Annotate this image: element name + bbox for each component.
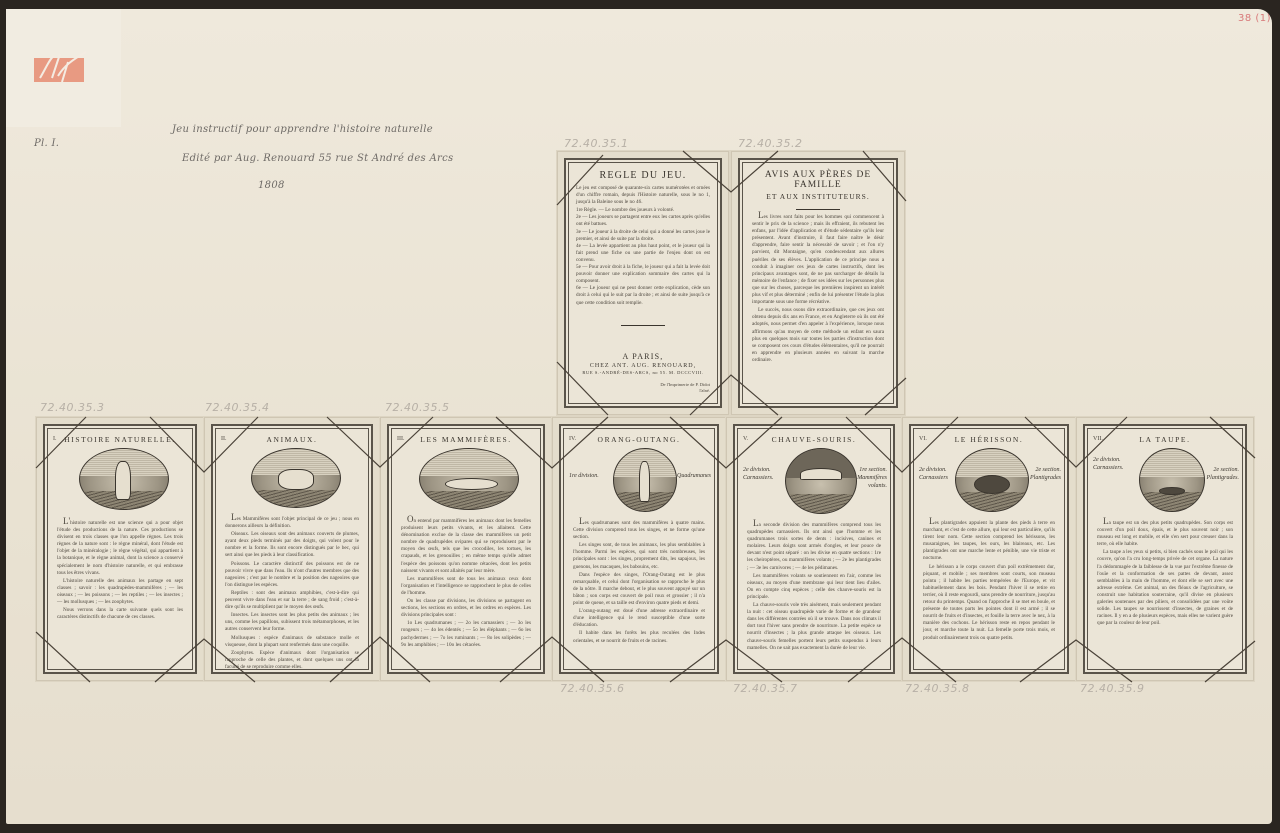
card-chauve-souris[interactable]: V. CHAUVE-SOURIS. 2e division. Carnassie… [726,417,902,681]
inventory-number: 72.40.35.5 [385,401,449,414]
card-body: On entend par mammifères les animaux don… [401,516,531,650]
rule-item: 4e — La levée appartient au plus haut po… [576,243,710,264]
card-title: LE HÉRISSON. [911,435,1067,444]
card-orang-outang[interactable]: IV. ORANG-OUTANG. 1re division. Quadruma… [552,417,726,681]
division-caption: 2e division. Carnassiers. [1093,456,1133,472]
imprint-city: A PARIS, [566,352,720,361]
inventory-number: 72.40.35.1 [564,137,628,150]
paragraph: On entend par mammifères les animaux don… [401,516,531,575]
paragraph: Les mammifères sont de tous les animaux … [401,576,531,597]
imprint: A PARIS, CHEZ ANT. AUG. RENOUARD, RUE S.… [566,352,720,375]
plate-label: Pl. I. [34,138,59,149]
paragraph: L'histoire naturelle est une science qui… [57,518,183,577]
handwritten-year: 1808 [258,180,285,191]
handwritten-title: Jeu instructif pour apprendre l'histoire… [172,124,433,135]
card-body: L'histoire naturelle est une science qui… [57,518,183,622]
division-caption: 2e division. Carnassiers. [743,466,783,482]
paragraph: Les Mammifères sont l'objet principal de… [225,514,359,530]
paragraph: Insectes. Les insectes sont les plus pet… [225,612,359,633]
rules-list: 1re Règle. — Le nombre des joueurs à vol… [566,206,720,306]
card-mammiferes[interactable]: III. LES MAMMIFÈRES. On entend par mammi… [380,417,552,681]
paragraph: Les plantigrades appuient la plante des … [923,518,1055,563]
heading-line-1: AVIS AUX PÈRES DE FAMILLE [740,170,896,190]
card-body: Les Mammifères sont l'objet principal de… [225,514,359,672]
engraving-vignette [1139,448,1205,512]
collection-logo-icon [32,48,88,86]
inventory-number: 72.40.35.4 [205,401,269,414]
engraving-vignette [419,448,519,510]
rule-item: 6e — Le joueur qui ne peut donner cette … [576,285,710,306]
engraving-vignette [955,448,1029,512]
card-title: ANIMAUX. [213,435,371,444]
paragraph: La seconde division des mammifères compr… [747,520,881,572]
card-herisson[interactable]: VI. LE HÉRISSON. 2e division. Carnassier… [902,417,1076,681]
paragraph: La taupe est un des plus petits quadrupè… [1097,518,1233,548]
card-histoire-naturelle[interactable]: I. HISTOIRE NATURELLE. L'histoire nature… [36,417,204,681]
section-caption: Quadrumanes [677,472,711,480]
card-heading: AVIS AUX PÈRES DE FAMILLE ET AUX INSTITU… [740,170,896,201]
paragraph: Zoophytes. Espèce d'animaux dont l'organ… [225,650,359,671]
imprint-address: RUE S.-ANDRÉ-DES-ARCS, no 55. M. DCCCVII… [566,370,720,375]
paragraph: La chauve-souris vole très aisément, mai… [747,602,881,652]
folio-mark: 38 (1) [1238,13,1271,24]
section-caption: 2e section. Plantigrades. [1199,466,1239,482]
card-title: HISTOIRE NATURELLE. [45,435,195,444]
rules-card[interactable]: REGLE DU JEU. Le jeu est composé de quar… [557,151,729,415]
engraving-vignette [785,448,857,514]
card-title: LA TAUPE. [1085,435,1245,444]
paragraph: 1o Les quadrumanes ; — 2o les carnassier… [401,620,531,648]
rule-item: 3e — Le joueur à la droite de celui qui … [576,229,710,243]
imprint-publisher: CHEZ ANT. AUG. RENOUARD, [566,363,720,369]
rules-intro: Le jeu est composé de quarante-six carte… [566,181,720,206]
card-body: La taupe est un des plus petits quadrupè… [1097,518,1233,628]
paragraph: Oiseaux. Les oiseaux sont des animaux co… [225,531,359,559]
inventory-number: 72.40.35.6 [560,682,624,695]
paragraph: Nous verrons dans la carte suivante quel… [57,607,183,621]
card-title: ORANG-OUTANG. [561,435,717,444]
card-title: LES MAMMIFÈRES. [389,435,543,444]
divider [796,209,840,210]
card-body: Les livres sont faits pour les hommes qu… [752,212,884,365]
card-animaux[interactable]: II. ANIMAUX. Les Mammifères sont l'objet… [204,417,380,681]
engraving-vignette [251,448,341,508]
printer-credit: De l'Imprimerie de P. Didot l'aîné. [660,382,710,394]
paragraph: La taupe a les yeux si petits, si bien c… [1097,549,1233,627]
paragraph: Mollusques : espèce d'animaux de substan… [225,635,359,649]
paragraph: Les quadrumanes sont des mammifères à qu… [573,518,705,541]
paragraph: L'orang-outang est doué d'une adresse ex… [573,608,705,629]
engraving-vignette [613,448,677,512]
card-body: Les plantigrades appuient la plante des … [923,518,1055,643]
inventory-number: 72.40.35.7 [733,682,797,695]
inventory-number: 72.40.35.3 [40,401,104,414]
heading-line-2: ET AUX INSTITUTEURS. [740,192,896,201]
card-taupe[interactable]: VII. LA TAUPE. 2e division. Carnassiers.… [1076,417,1254,681]
rule-item: 2e — Les joueurs se partagent entre eux … [576,214,710,228]
handwritten-publisher: Edité par Aug. Renouard 55 rue St André … [182,153,453,164]
engraving-vignette [79,448,169,510]
card-heading: REGLE DU JEU. [566,170,720,181]
card-title: CHAUVE-SOURIS. [735,435,893,444]
rule-item: 1re Règle. — Le nombre des joueurs à vol… [576,207,710,214]
paragraph: L'histoire naturelle des animaux les par… [57,578,183,606]
rule-item: 5e — Pour avoir droit à la fiche, le jou… [576,264,710,285]
paragraph: Le succès, nous osons dire extraordinair… [752,307,884,364]
paragraph: Les mammifères volants se soutiennent en… [747,573,881,601]
paragraph: On les classe par divisions, les divisio… [401,598,531,619]
paragraph: Reptiles : sont des animaux amphibies, c… [225,590,359,611]
paragraph: Les livres sont faits pour les hommes qu… [752,212,884,306]
divider [621,325,665,326]
inventory-number: 72.40.35.8 [905,682,969,695]
paragraph: Poissons. Le caractère distinctif des po… [225,561,359,589]
paragraph: Dans l'espèce des singes, l'Orang-Outang… [573,572,705,607]
division-caption: 2e division. Carnassiers [919,466,959,482]
card-body: Les quadrumanes sont des mammifères à qu… [573,518,705,646]
inventory-number: 72.40.35.9 [1080,682,1144,695]
notice-card[interactable]: AVIS AUX PÈRES DE FAMILLE ET AUX INSTITU… [731,151,905,415]
division-caption: 1re division. [569,472,599,480]
inventory-number: 72.40.35.2 [738,137,802,150]
paragraph: Les singes sont, de tous les animaux, le… [573,542,705,570]
paragraph: Il habite dans les forêts les plus recul… [573,630,705,644]
card-body: La seconde division des mammifères compr… [747,520,881,653]
paragraph: Le hérisson a le corps couvert d'un poil… [923,564,1055,642]
